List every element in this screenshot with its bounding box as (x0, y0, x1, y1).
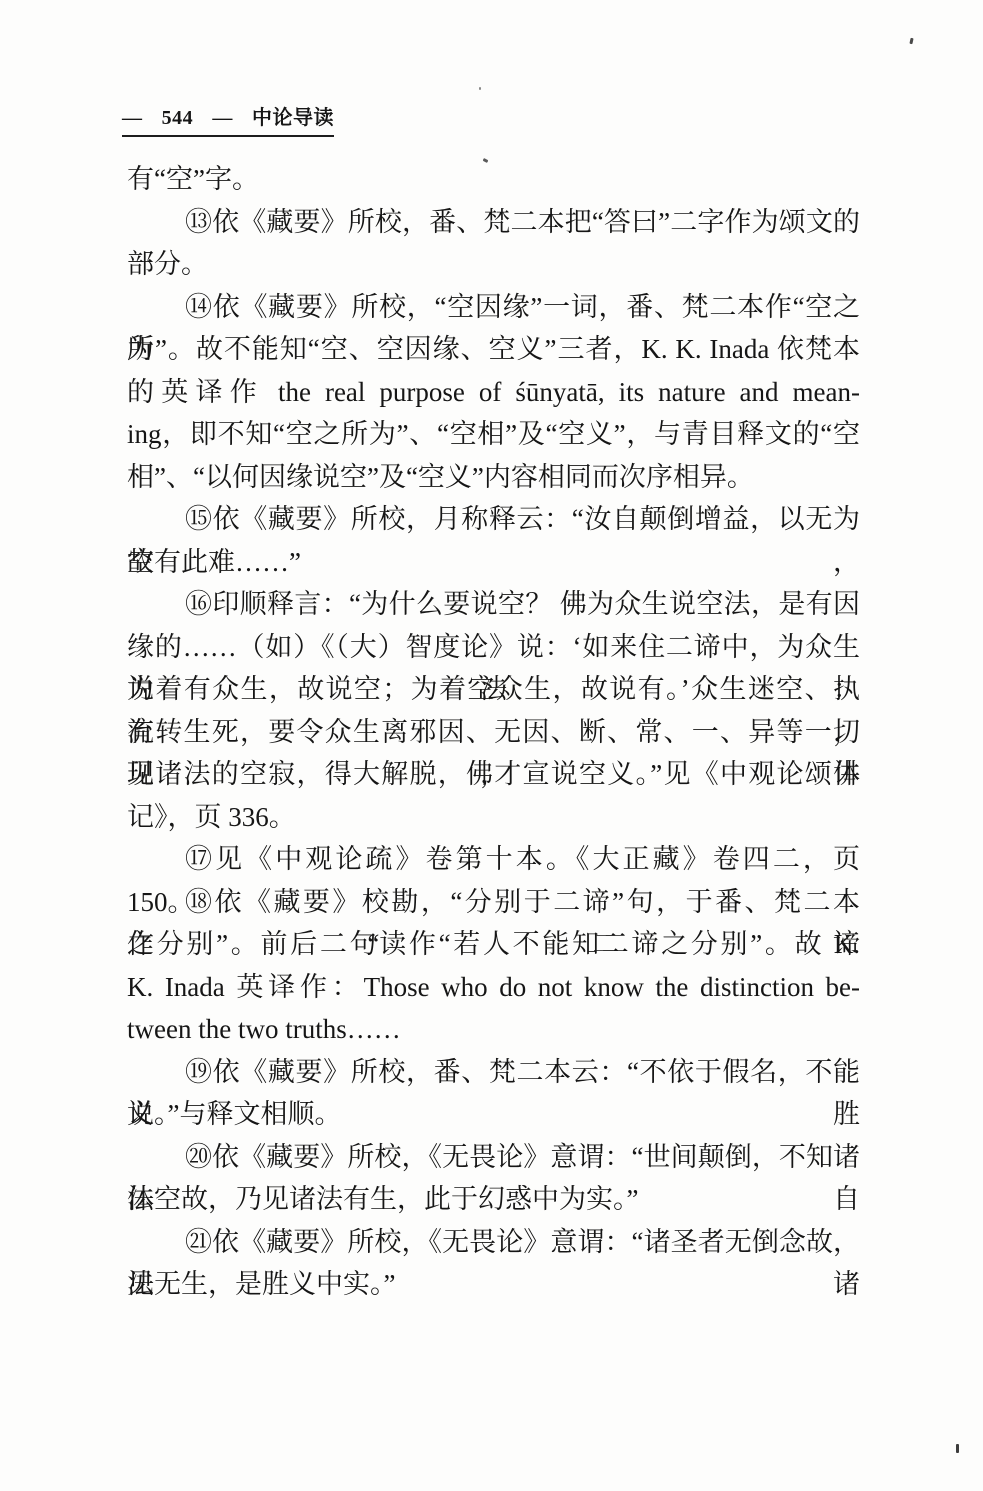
scan-speck (956, 1444, 959, 1453)
text-line: 为着有众生，故说空；为着空众生，故说有。’众生迷空、执有， (127, 668, 860, 711)
book-title: 中论导读 (252, 101, 334, 130)
text-line: 流转生死，要令众生离邪因、无因、断、常、一、异等一切见，体 (127, 711, 860, 754)
page-number: 544 (162, 107, 194, 130)
body-text: 有“空”字。⑬依《藏要》所校，番、梵二本把“答曰”二字作为颂文的一部分。⑭依《藏… (127, 158, 860, 1306)
running-header: — 544 — 中论导读 (122, 101, 334, 137)
text-line: K. Inada 英译作：Those who do not know the d… (127, 966, 860, 1009)
header-dash-right: — (212, 107, 233, 130)
text-line: ⑭依《藏要》所校，“空因缘”一词，番、梵二本作“空之所 (127, 286, 860, 329)
scan-speck (479, 87, 481, 90)
text-line: 为”。故不能知“空、空因缘、空义”三者，K. K. Inada 依梵本 (127, 328, 860, 371)
text-line: 有“空”字。 (127, 158, 860, 201)
text-line: ⑰见《中观论疏》卷第十本。《大正藏》卷四二，页 150。 (127, 838, 860, 881)
text-line: ing，即不知“空之所为”、“空相”及“空义”，与青目释文的“空 (127, 413, 860, 456)
text-line: 相”、“以何因缘说空”及“空义”内容相同而次序相异。 (127, 456, 860, 499)
text-line: ⑬依《藏要》所校，番、梵二本把“答曰”二字作为颂文的一 (127, 201, 860, 244)
text-line: 记》，页 336。 (127, 796, 860, 839)
header-dash-left: — (122, 107, 143, 130)
text-line: ㉑依《藏要》所校，《无畏论》意谓：“诸圣者无倒念故，见诸 (127, 1221, 860, 1264)
text-line: ⑳依《藏要》所校，《无畏论》意谓：“世间颠倒，不知诸法自 (127, 1136, 860, 1179)
text-line: 的英译作 the real purpose of śūnyatā, its na… (127, 371, 860, 414)
text-line: ⑯印顺释言：“为什么要说空？ 佛为众生说空法，是有因 (127, 583, 860, 626)
scan-speck (909, 38, 913, 44)
text-line: ⑱依《藏要》校勘，“分别于二谛”句，于番、梵二本作“二谛 (127, 881, 860, 924)
text-line: 部分。 (127, 243, 860, 286)
text-line: 缘的……（如）《（大）智度论》说：‘如来住二谛中，为众生说法： (127, 626, 860, 669)
book-page: — 544 — 中论导读 有“空”字。⑬依《藏要》所校，番、梵二本把“答曰”二字… (0, 0, 983, 1491)
text-line: 之分别”。前后二句读作“若人不能知二谛之分别”。故 K. (127, 923, 860, 966)
text-line: ⑮依《藏要》所校，月称释云：“汝自颠倒增益，以无为空， (127, 498, 860, 541)
text-line: tween the two truths…… (127, 1008, 860, 1051)
text-line: 现诸法的空寂，得大解脱，佛才宣说空义。”见《中观论颂讲 (127, 753, 860, 796)
text-line: ⑲依《藏要》所校，番、梵二本云：“不依于假名，不能说胜 (127, 1051, 860, 1094)
